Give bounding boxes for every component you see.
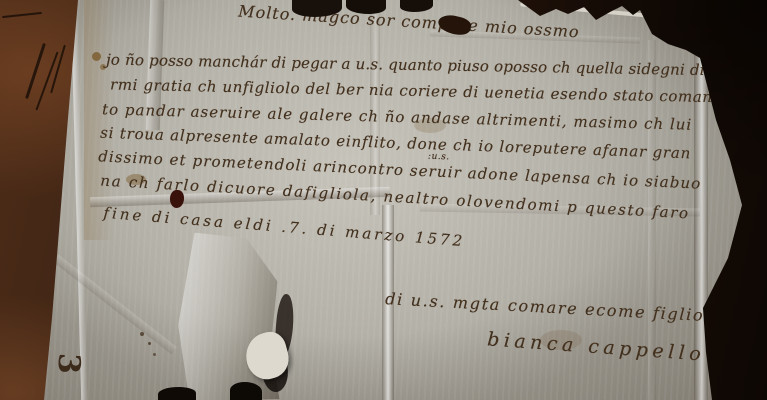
interline-note: :u.s.: [428, 152, 450, 163]
stain: [148, 342, 151, 345]
page-number-mark: 3: [51, 352, 87, 374]
fold-crease: [53, 255, 177, 354]
letter-closing: di u.s. mgta comare ecome figliola: [385, 289, 723, 326]
paper-hole: [158, 387, 196, 400]
signature-text: bianca cappello: [486, 328, 705, 365]
paper-top-torn-highlight: [520, 2, 695, 21]
letter-date-line: fine di casa eldi .7. di marzo 1572: [103, 204, 466, 250]
photo-of-letter: Molto. magco sor compare mio ossmo jo ño…: [0, 0, 767, 400]
stain: [92, 52, 101, 61]
letter-paper: Molto. magco sor compare mio ossmo jo ño…: [0, 0, 767, 400]
paper-hole: [170, 190, 184, 208]
stain: [140, 332, 144, 336]
letter-line-1: jo ño posso manchár di pegar a u.s. quan…: [106, 51, 725, 80]
paper-hole: [400, 0, 433, 12]
letter-line-2: rmi gratia ch unfigliolo del ber nia cor…: [110, 75, 733, 106]
stain: [153, 353, 156, 356]
paper-hole: [230, 382, 262, 400]
wood-scratch: [2, 12, 42, 18]
